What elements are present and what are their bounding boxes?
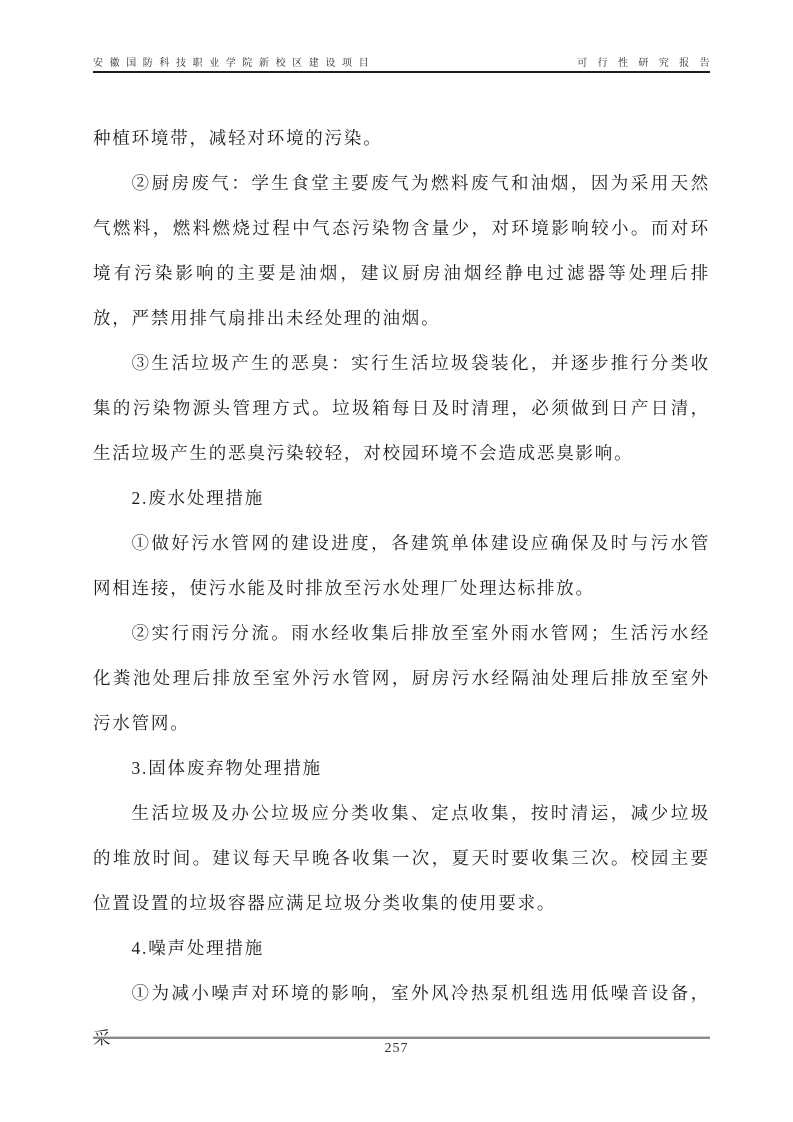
paragraph-planting-belt-continuation: 种植环境带，减轻对环境的污染。: [93, 116, 710, 161]
header-rule: [93, 71, 710, 73]
paragraph-garbage-collection: 生活垃圾及办公垃圾应分类收集、定点收集，按时清运，减少垃圾的堆放时间。建议每天早…: [93, 791, 710, 926]
paragraph-sewage-network: ①做好污水管网的建设进度，各建筑单体建设应确保及时与污水管网相连接，使污水能及时…: [93, 521, 710, 611]
heading-solid-waste-treatment: 3.固体废弃物处理措施: [93, 746, 710, 791]
page-number: 257: [0, 1041, 793, 1057]
document-page: 安徽国防科技职业学院新校区建设项目 可行性研究报告 种植环境带，减轻对环境的污染…: [0, 0, 793, 1122]
footer-rule: [93, 1036, 710, 1039]
paragraph-rain-sewage-diversion: ②实行雨污分流。雨水经收集后排放至室外雨水管网；生活污水经化粪池处理后排放至室外…: [93, 611, 710, 746]
header-right-title: 可行性研究报告: [577, 54, 720, 69]
document-body: 种植环境带，减轻对环境的污染。 ②厨房废气：学生食堂主要废气为燃料废气和油烟，因…: [93, 116, 710, 1061]
heading-noise-treatment: 4.噪声处理措施: [93, 926, 710, 971]
heading-wastewater-treatment: 2.废水处理措施: [93, 476, 710, 521]
page-header: 安徽国防科技职业学院新校区建设项目 可行性研究报告: [93, 54, 710, 69]
header-left-title: 安徽国防科技职业学院新校区建设项目: [93, 54, 375, 69]
paragraph-kitchen-waste-gas: ②厨房废气：学生食堂主要废气为燃料废气和油烟，因为采用天然气燃料，燃料燃烧过程中…: [93, 161, 710, 341]
paragraph-garbage-odor: ③生活垃圾产生的恶臭：实行生活垃圾袋装化，并逐步推行分类收集的污染物源头管理方式…: [93, 341, 710, 476]
